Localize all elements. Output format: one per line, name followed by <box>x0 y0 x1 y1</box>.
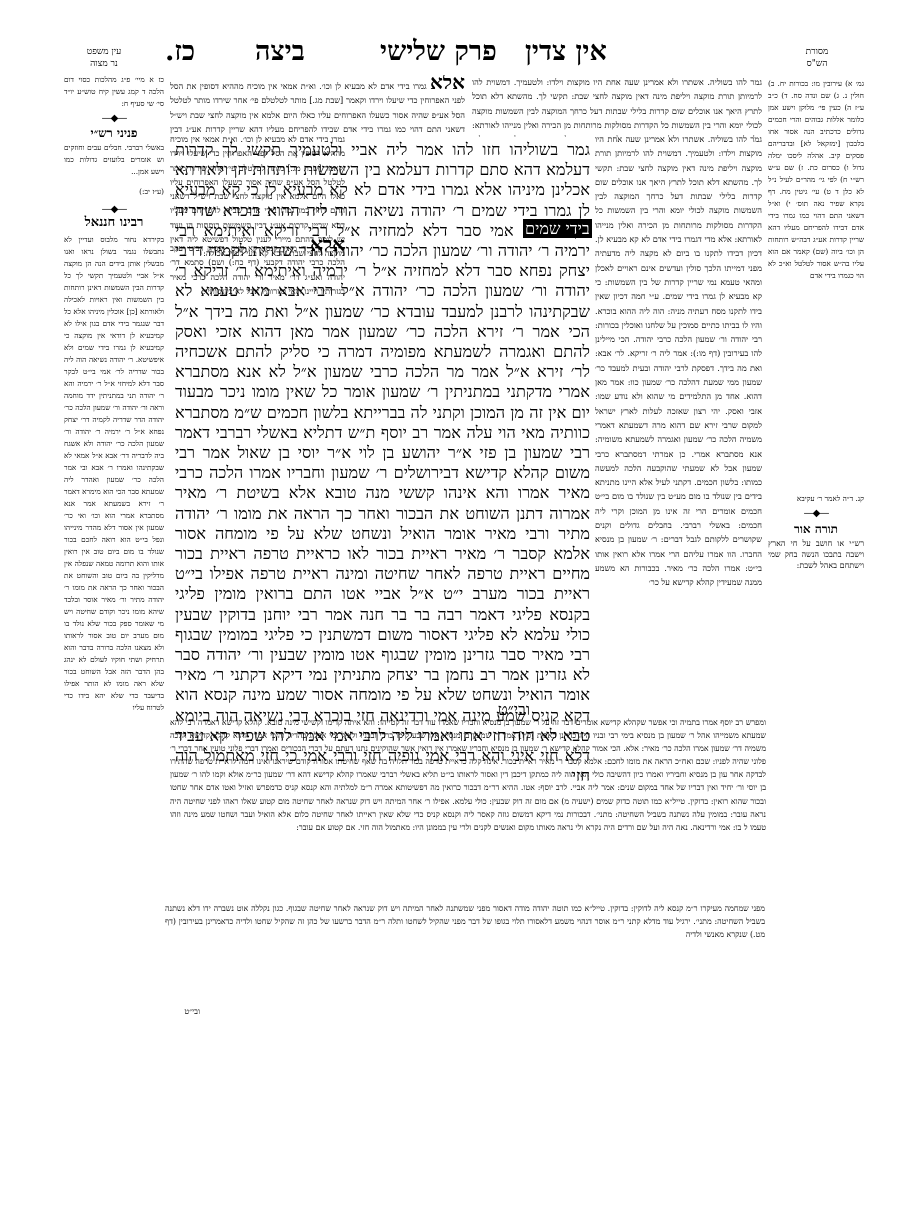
penei-rashi-text: באשלי רברבי. חבלים עבים וחוזקים וש אומרי… <box>64 142 164 178</box>
ein-mishpat-label: עין משפט <box>74 46 134 58</box>
ein-mishpat-column: כז א מיי׳ פ״ג מהלכות כסוי דום הלכה ד קמג… <box>64 74 164 110</box>
tosafot-text: גמרו בידי אדם לא מבעיא לן וכו׳. וא״ת אמא… <box>170 81 465 137</box>
chapter-title: אין צדין <box>525 36 607 67</box>
masoret-label-line1: מסורת <box>787 46 847 58</box>
masoret-footer: קנ. ד״ה לאמר ר׳ עקיבא <box>768 493 864 505</box>
tosafot-lead-word: אלא <box>430 75 465 94</box>
bottom-commentary-wide: מפני שמחמה מעיקרו ר״מ קנסא ליה לדוקין: ב… <box>165 902 765 980</box>
rabbeinu-chananel-text: בקירדא נחור מלבוס ועדיין לא נתבשלו נגמר … <box>64 234 164 934</box>
tosafot-top: אלא גמרו בידי אדם לא מבעיא לן וכו׳. וא״ת… <box>170 75 465 137</box>
bottom-end-mark: ובי״ט <box>160 1005 200 1018</box>
ein-mishpat-header: עין משפט נר מצוה <box>74 46 134 70</box>
rashi-column-text: גמר להו בשוליה. אשתרו ולא אמרינן שעה אחת… <box>595 134 762 587</box>
masoret-hashas-column: גמ׳ א) עירובין מו: בכורות יח. ב) חולין נ… <box>768 78 864 493</box>
page-number: כז. <box>165 36 195 67</box>
bottom-commentary-text-b: מפני שמחמה מעיקרו ר״מ קנסא ליה לדוקין: ב… <box>165 904 765 939</box>
tractate-title: ביצה <box>255 36 305 67</box>
gemara-highlight: בידי שמים <box>523 219 592 239</box>
gemara-highlight-phrase: בידי שמים <box>523 219 592 238</box>
masoret-hashas-header: מסורת הש"ס <box>787 46 847 70</box>
rabbeinu-chananel-title: רבינו חננאל <box>64 214 164 232</box>
penei-rashi-ref: (ע״ז יב:) <box>64 186 164 198</box>
masoret-label-line2: הש"ס <box>787 58 847 70</box>
divider-ornament-right: —◆— <box>768 508 864 520</box>
torah-or-text: רש״י או חושב על חי הארץ וישבה בתבכו הנשה… <box>768 538 864 571</box>
penei-rashi-title: פניני רש״י <box>64 124 164 142</box>
bottom-commentary: ומפרש רב יוסף אמרו בתמיה וכי אפשר שקהלא … <box>170 716 766 911</box>
torah-or-title: תורה אור <box>768 520 864 538</box>
ner-mitzvah-label: נר מצוה <box>74 58 134 70</box>
perek-title: פרק שלישי <box>380 36 497 67</box>
bottom-commentary-text: ומפרש רב יוסף אמרו בתמיה וכי אפשר שקהלא … <box>170 718 766 832</box>
rabbeinu-chananel-body: בקירדא נחור מלבוס ועדיין לא נתבשלו נגמר … <box>64 235 164 712</box>
masoret-hashas-text: גמ׳ א) עירובין מו: בכורות יח. ב) חולין נ… <box>768 79 864 280</box>
rashi-top: גמר להו בשוליה. אשתרו ולא אמרינן שעה אחת… <box>472 75 762 137</box>
rashi-text: גמר להו בשוליה. אשתרו ולא אמרינן שעה אחת… <box>472 77 762 137</box>
